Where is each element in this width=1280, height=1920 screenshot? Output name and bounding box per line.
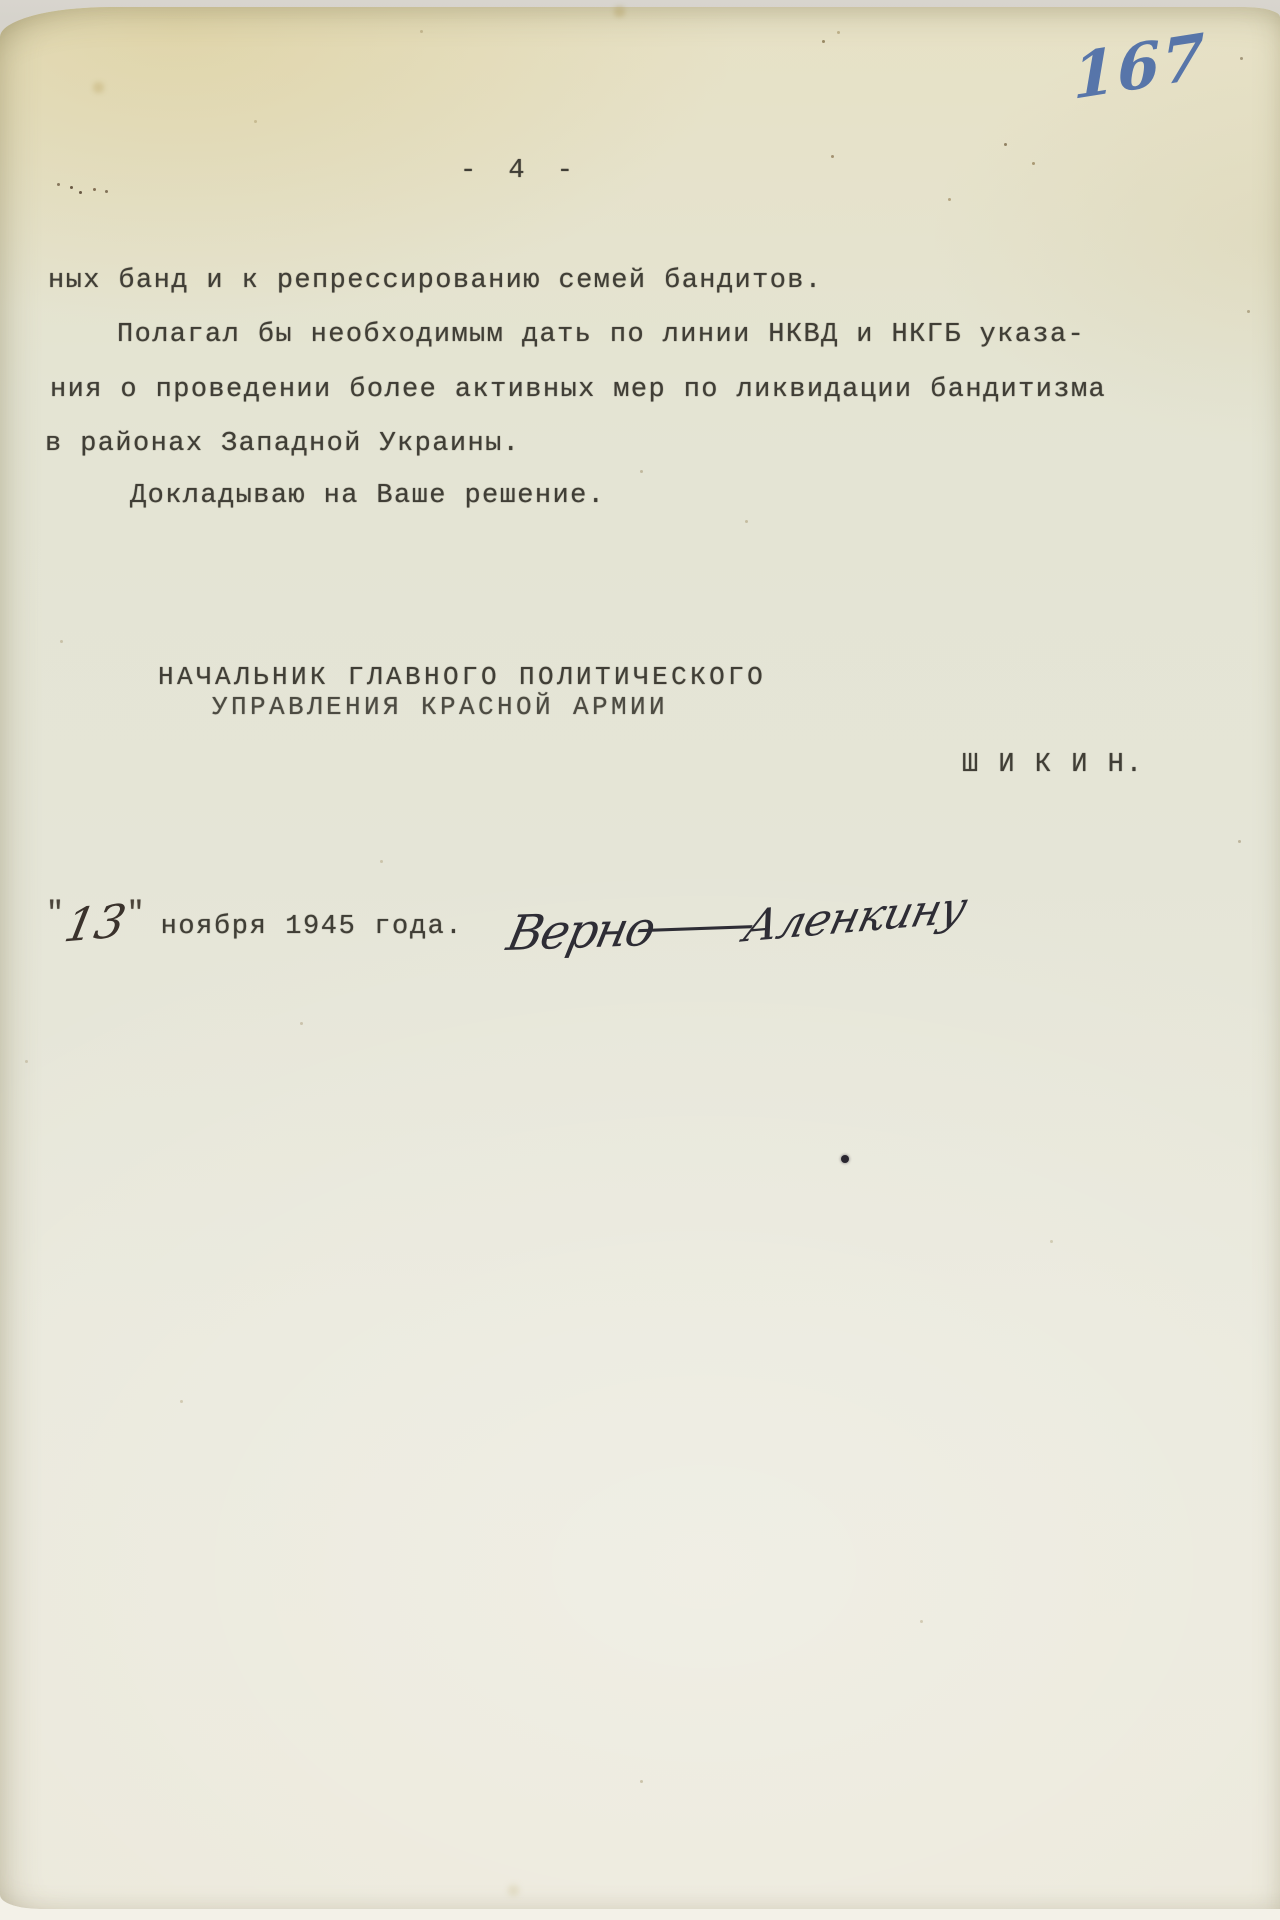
body-line-3: ния о проведении более активных мер по л… xyxy=(50,375,1106,405)
scanned-archival-document: { "page": { "archival_number": "167", "p… xyxy=(0,0,1280,1920)
body-line-1: ных банд и к репрессированию семей банди… xyxy=(48,266,823,296)
signer-title-line-2: УПРАВЛЕНИЯ КРАСНОЙ АРМИИ xyxy=(212,692,668,722)
typed-page-number: - 4 - xyxy=(460,156,581,186)
body-line-4: в районах Западной Украины. xyxy=(45,429,520,459)
body-line-2: Полагал бы необходимым дать по линии НКВ… xyxy=(117,320,1085,350)
paper-stains xyxy=(0,0,3,3)
date-day-handwritten: 13 xyxy=(60,894,131,953)
ink-dot-mark xyxy=(841,1155,849,1163)
date-open-quote: " xyxy=(46,897,64,931)
signer-title-line-1: НАЧАЛЬНИК ГЛАВНОГО ПОЛИТИЧЕСКОГО xyxy=(158,662,766,692)
date-typed-text: ноября 1945 года. xyxy=(161,912,464,942)
date-line: "13"ноября 1945 года. xyxy=(46,896,463,950)
signer-name: Ш И К И Н. xyxy=(962,750,1144,780)
body-line-5: Докладываю на Ваше решение. xyxy=(130,481,605,511)
date-close-quote: " xyxy=(127,897,145,931)
